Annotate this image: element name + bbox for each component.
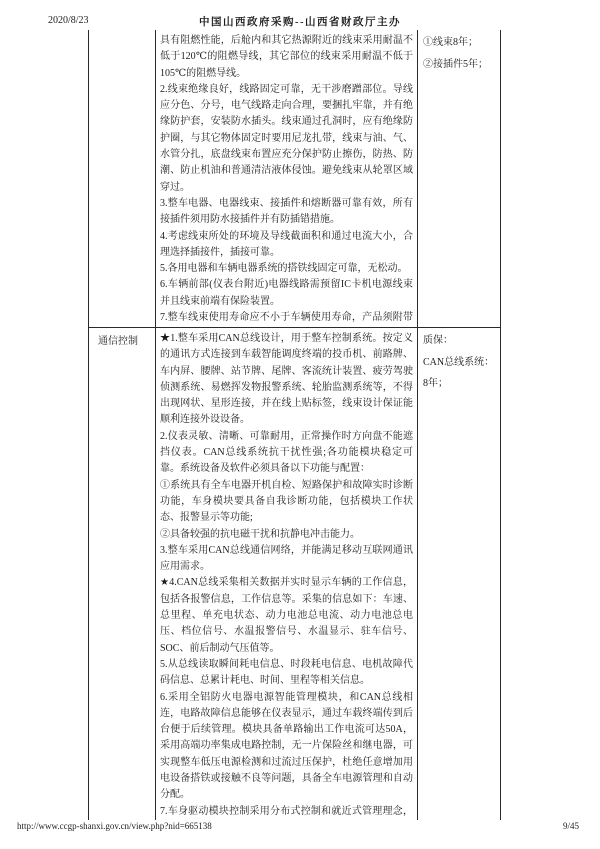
spec-table: 具有阻燃性能，后舱内和其它热源附近的线束采用耐温不低于120℃的阻燃导线，其它部… bbox=[88, 30, 501, 820]
document-page: 2020/8/23 中国山西政府采购--山西省财政厅主办 具有阻燃性能，后舱内和… bbox=[0, 0, 600, 849]
footer-url: http://www.ccgp-shanxi.gov.cn/view.php?n… bbox=[17, 821, 212, 831]
warranty-notes-cell: ①线束8年； ②接插件5年； bbox=[417, 30, 501, 327]
category-cell bbox=[88, 30, 155, 327]
content-cell: 具有阻燃性能，后舱内和其它热源附近的线束采用耐温不低于120℃的阻燃导线，其它部… bbox=[155, 30, 417, 327]
warranty-notes-cell: 质保： CAN总线系统：8年； bbox=[417, 327, 501, 820]
page-indicator: 9/45 bbox=[563, 821, 579, 831]
category-cell: 通信控制 bbox=[88, 327, 155, 820]
content-cell: ★1.整车采用CAN总线设计，用于整车控制系统。按定义的通讯方式连接到车载智能调… bbox=[155, 327, 417, 820]
page-title: 中国山西政府采购--山西省财政厅主办 bbox=[0, 14, 600, 29]
